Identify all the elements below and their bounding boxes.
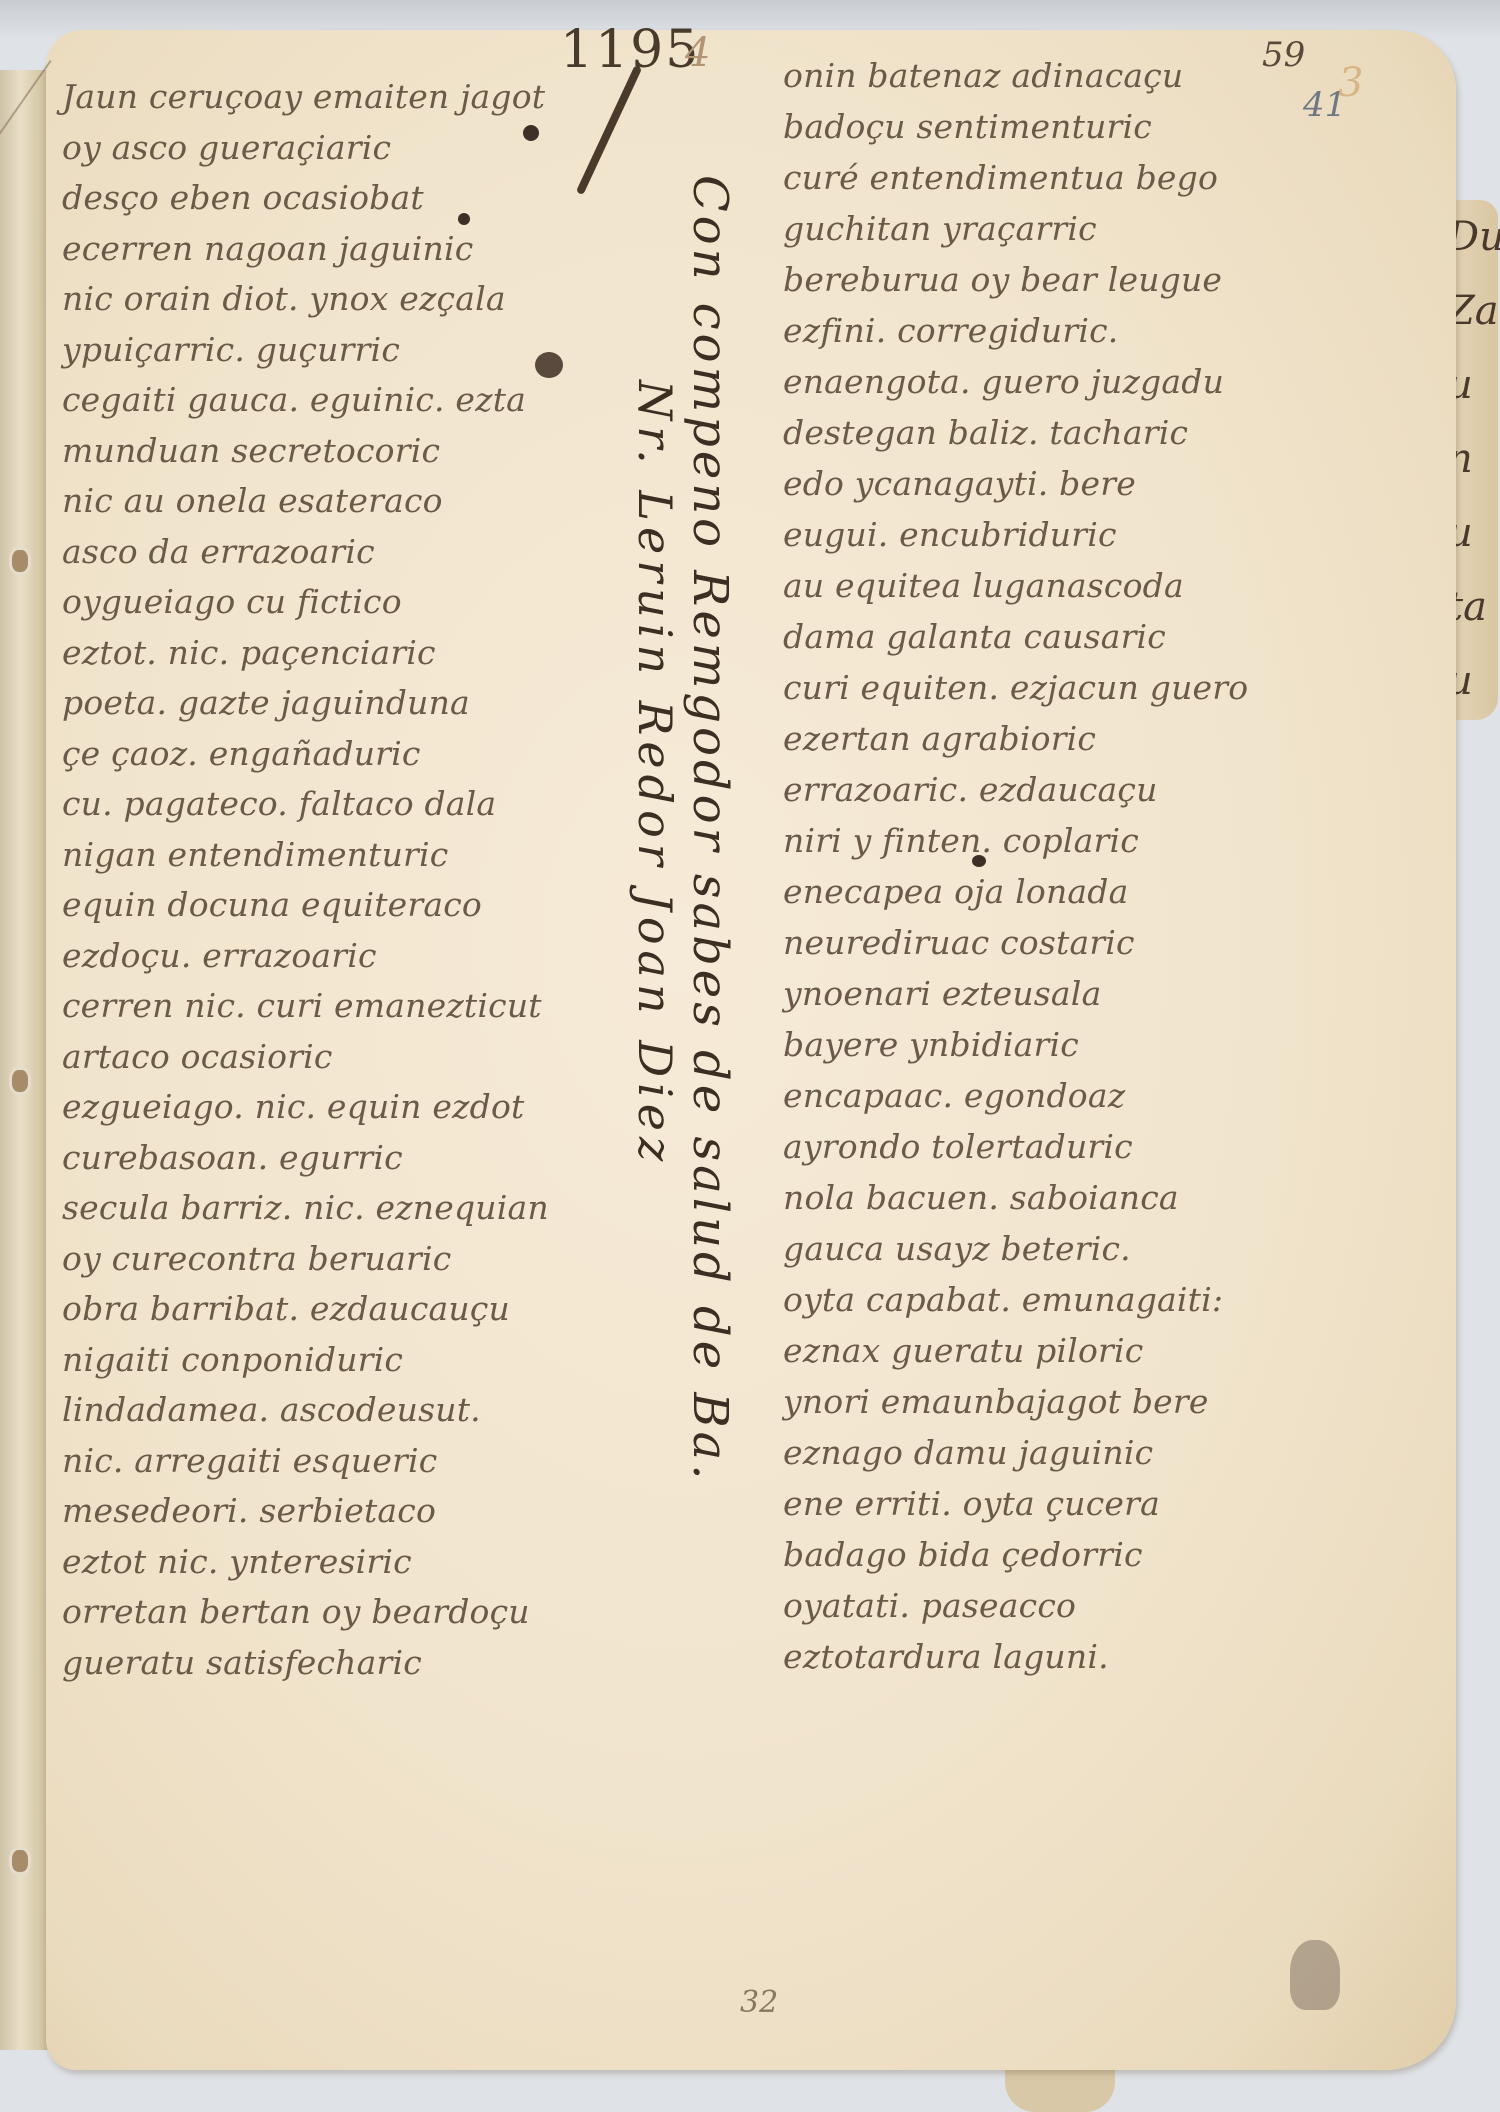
text-line: gueratu satisfecharic [62,1638,549,1689]
text-line: curebasoan. egurric [62,1133,549,1184]
text-line: ynori emaunbajagot bere [783,1376,1248,1427]
text-line: cegaiti gauca. eguinic. ezta [62,375,549,426]
text-line: nic orain diot. ynox ezçala [62,274,549,325]
left-text-column: Jaun ceruçoay emaiten jagot oy asco guer… [62,72,549,1688]
text-line: badoçu sentimenturic [783,101,1248,152]
text-line: au equitea luganascoda [783,560,1248,611]
text-line: ynoenari ezteusala [783,968,1248,1019]
text-line: nigan entendimenturic [62,830,549,881]
text-line: dama galanta causaric [783,611,1248,662]
text-line: oyta capabat. emunagaiti: [783,1274,1248,1325]
folio-overwrite: 4 [685,30,710,76]
text-line: oyatati. paseacco [783,1580,1248,1631]
text-line: onin batenaz adinacaçu [783,50,1248,101]
text-line: enecapea oja lonada [783,866,1248,917]
text-line: equin docuna equiteraco [62,880,549,931]
binding-stitch [12,550,28,572]
text-line: enaengota. guero juzgadu [783,356,1248,407]
text-line: nic. arregaiti esqueric [62,1436,549,1487]
text-line: curé entendimentua bego [783,152,1248,203]
text-line: guchitan yraçarric [783,203,1248,254]
text-line: neurediruac costaric [783,917,1248,968]
vertical-signature: Nr. Leruin Redor Joan Diez [628,380,682,1167]
corner-number-ink: 59 [1262,35,1305,75]
thumb-smudge [1290,1940,1340,2010]
text-line: lindadamea. ascodeusut. [62,1385,549,1436]
text-line: gauca usayz beteric. [783,1223,1248,1274]
text-line: badago bida çedorric [783,1529,1248,1580]
text-line: niri y finten. coplaric [783,815,1248,866]
text-line: curi equiten. ezjacun guero [783,662,1248,713]
binding-stitch [12,1070,28,1092]
text-line: encapaac. egondoaz [783,1070,1248,1121]
corner-number-pencil: 41 [1303,85,1346,125]
text-line: eznago damu jaguinic [783,1427,1248,1478]
text-line: edo ycanagayti. bere [783,458,1248,509]
text-line: eztot nic. ynteresiric [62,1537,549,1588]
text-line: ene erriti. oyta çucera [783,1478,1248,1529]
right-text-column: onin batenaz adinacaçu badoçu sentimentu… [783,50,1248,1682]
text-line: obra barribat. ezdaucauçu [62,1284,549,1335]
text-line: nigaiti conponiduric [62,1335,549,1386]
text-line: poeta. gazte jaguinduna [62,678,549,729]
text-line: bayere ynbidiaric [783,1019,1248,1070]
text-line: eznax gueratu piloric [783,1325,1248,1376]
bottom-page-number: 32 [740,1985,778,2020]
vertical-annotation: Con compeno Remgodor sabes de salud de B… [682,175,738,1484]
text-line: ezgueiago. nic. equin ezdot [62,1082,549,1133]
text-line: ayrondo tolertaduric [783,1121,1248,1172]
text-line: oy asco gueraçiaric [62,123,549,174]
text-line: destegan baliz. tacharic [783,407,1248,458]
text-line: Jaun ceruçoay emaiten jagot [62,72,549,123]
text-line: çe çaoz. engañaduric [62,729,549,780]
text-line: ezdoçu. errazoaric [62,931,549,982]
text-line: ezfini. corregiduric. [783,305,1248,356]
text-line: eugui. encubriduric [783,509,1248,560]
text-line: nic au onela esateraco [62,476,549,527]
binding-stitch [12,1850,28,1872]
text-line: mesedeori. serbietaco [62,1486,549,1537]
text-line: oygueiago cu fictico [62,577,549,628]
text-line: ecerren nagoan jaguinic [62,224,549,275]
text-line: eztot. nic. paçenciaric [62,628,549,679]
text-line: asco da errazoaric [62,527,549,578]
text-line: munduan secretocoric [62,426,549,477]
text-line: orretan bertan oy beardoçu [62,1587,549,1638]
text-line: cu. pagateco. faltaco dala [62,779,549,830]
text-line: oy curecontra beruaric [62,1234,549,1285]
text-line: eztotardura laguni. [783,1631,1248,1682]
text-line: bereburua oy bear leugue [783,254,1248,305]
text-line: secula barriz. nic. eznequian [62,1183,549,1234]
text-line: desço eben ocasiobat [62,173,549,224]
folio-number: 1195 [560,20,700,80]
text-line: errazoaric. ezdaucaçu [783,764,1248,815]
text-line: cerren nic. curi emanezticut [62,981,549,1032]
text-line: ezertan agrabioric [783,713,1248,764]
text-line: ypuiçarric. guçurric [62,325,549,376]
text-line: artaco ocasioric [62,1032,549,1083]
text-line: nola bacuen. saboianca [783,1172,1248,1223]
